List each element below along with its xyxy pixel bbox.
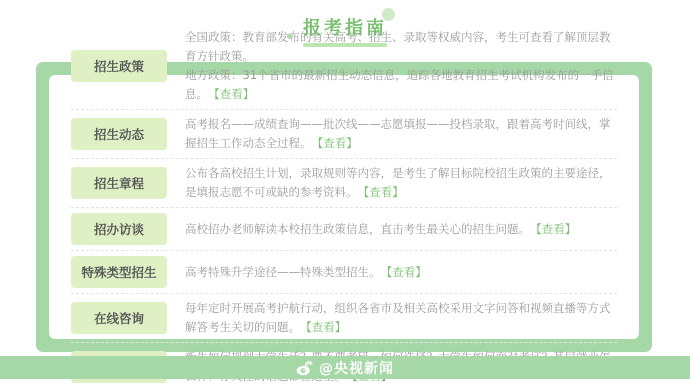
description-line: 每年定时开展高考护航行动，组织各省市及相关高校采用文字问答和视频直播等方式解答考… <box>185 301 611 334</box>
category-label[interactable]: 招办访谈 <box>71 213 167 245</box>
category-description: 高考报名——成绩查询——批次线——志愿填报——投档录取，跟着高考时间线，掌握招生… <box>185 115 617 153</box>
page-title: 报考指南 <box>303 14 387 40</box>
description-line: 高考报名——成绩查询——批次线——志愿填报——投档录取，跟着高考时间线，掌握招生… <box>185 117 611 150</box>
view-link[interactable]: 【查看】 <box>387 265 427 279</box>
description-line: 高考特殊升学途径——特殊类型招生。 <box>185 265 381 279</box>
footer-band: @央视新闻 <box>0 356 690 379</box>
guide-row: 招生动态高考报名——成绩查询——批次线——志愿填报——投档录取，跟着高考时间线，… <box>71 110 617 159</box>
view-link[interactable]: 【查看】 <box>306 320 346 334</box>
title-underline <box>303 43 387 47</box>
guide-row: 特殊类型招生高考特殊升学途径——特殊类型招生。【查看】 <box>71 251 617 294</box>
weibo-icon <box>296 360 314 376</box>
category-label[interactable]: 特殊类型招生 <box>71 256 167 288</box>
description-line: 全国政策：教育部发布的有关高考、招生、录取等权威内容，考生可查看了解顶层教育方针… <box>185 30 611 63</box>
category-label[interactable]: 招生动态 <box>71 118 167 150</box>
page-title-box: 报考指南 <box>303 14 387 47</box>
guide-row: 在线咨询每年定时开展高考护航行动，组织各省市及相关高校采用文字问答和视频直播等方… <box>71 294 617 343</box>
view-link[interactable]: 【查看】 <box>214 87 254 101</box>
category-description: 高考特殊升学途径——特殊类型招生。【查看】 <box>185 263 617 282</box>
category-description: 每年定时开展高考护航行动，组织各省市及相关高校采用文字问答和视频直播等方式解答考… <box>185 299 617 337</box>
guide-row: 招办访谈高校招办老师解读本校招生政策信息，直击考生最关心的招生问题。【查看】 <box>71 208 617 251</box>
description-line: 高校招办老师解读本校招生政策信息，直击考生最关心的招生问题。 <box>185 222 530 236</box>
view-link[interactable]: 【查看】 <box>318 136 358 150</box>
view-link[interactable]: 【查看】 <box>364 185 404 199</box>
footer-handle: @央视新闻 <box>319 358 394 378</box>
category-label[interactable]: 招生政策 <box>71 50 167 82</box>
guide-panel-frame: 招生政策全国政策：教育部发布的有关高考、招生、录取等权威内容，考生可查看了解顶层… <box>36 62 652 352</box>
guide-row: 招生章程公布各高校招生计划，录取规则等内容，是考生了解目标院校招生政策的主要途径… <box>71 159 617 208</box>
category-description: 全国政策：教育部发布的有关高考、招生、录取等权威内容，考生可查看了解顶层教育方针… <box>185 28 617 104</box>
view-link[interactable]: 【查看】 <box>536 222 576 236</box>
title-dot-decoration <box>287 34 292 39</box>
category-label[interactable]: 招生章程 <box>71 167 167 199</box>
category-description: 公布各高校招生计划，录取规则等内容，是考生了解目标院校招生政策的主要途径，是填报… <box>185 164 617 202</box>
guide-rows: 招生政策全国政策：教育部发布的有关高考、招生、录取等权威内容，考生可查看了解顶层… <box>49 75 639 339</box>
category-label[interactable]: 在线咨询 <box>71 302 167 334</box>
category-description: 高校招办老师解读本校招生政策信息，直击考生最关心的招生问题。【查看】 <box>185 220 617 239</box>
